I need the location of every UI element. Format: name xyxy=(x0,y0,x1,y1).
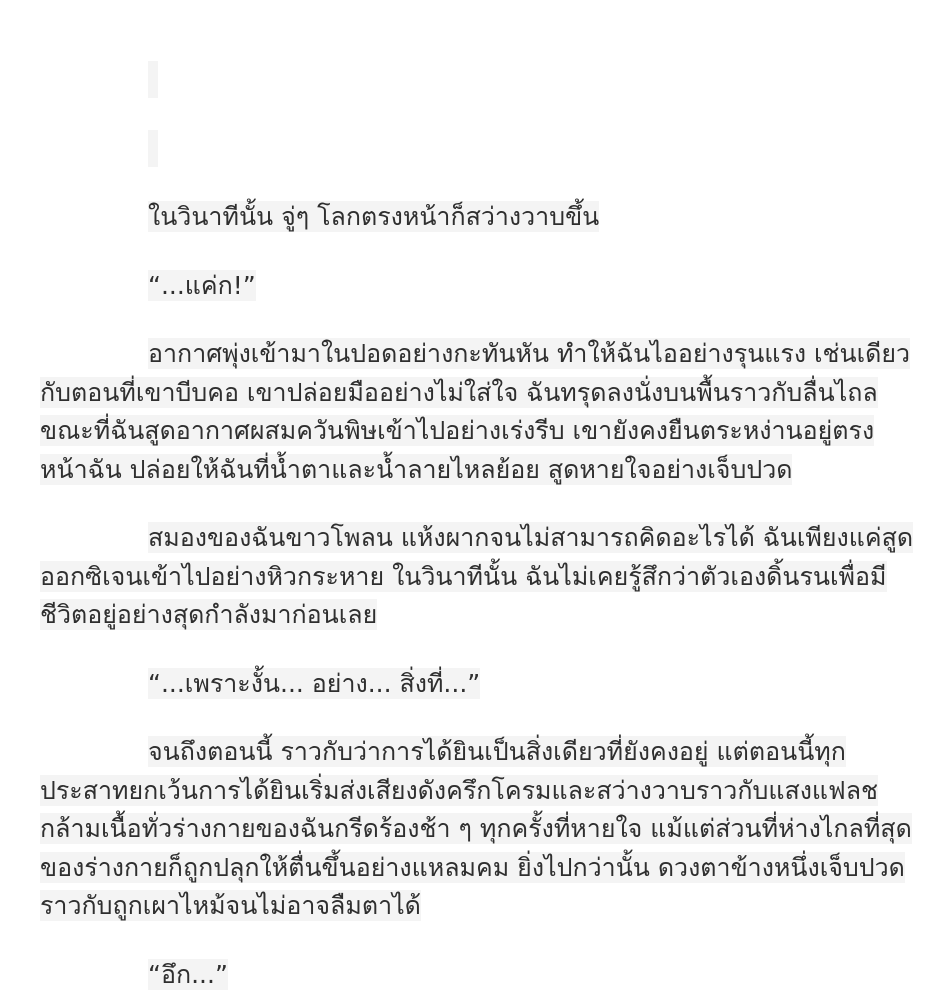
empty-paragraph xyxy=(40,61,915,100)
paragraph: จนถึงตอนนี้ ราวกับว่าการได้ยินเป็นสิ่งเด… xyxy=(40,733,915,926)
paragraph: อากาศพุ่งเข้ามาในปอดอย่างกะทันหัน ทำให้ฉ… xyxy=(40,335,915,489)
paragraph: “อึก...” xyxy=(40,956,915,995)
paragraph: “...แค่ก!” xyxy=(40,267,915,306)
empty-highlight-bar xyxy=(148,61,158,98)
paragraph-text: “อึก...” xyxy=(148,959,228,990)
paragraph-text: ในวินาทีนั้น จู่ๆ โลกตรงหน้าก็สว่างวาบขึ… xyxy=(148,201,599,232)
paragraph: สมองของฉันขาวโพลน แห้งผากจนไม่สามารถคิดอ… xyxy=(40,519,915,635)
paragraph-text: จนถึงตอนนี้ ราวกับว่าการได้ยินเป็นสิ่งเด… xyxy=(40,736,912,921)
paragraph: ในวินาทีนั้น จู่ๆ โลกตรงหน้าก็สว่างวาบขึ… xyxy=(40,198,915,237)
empty-paragraph xyxy=(40,130,915,169)
paragraph-text: “...แค่ก!” xyxy=(148,270,256,301)
paragraph: “...เพราะงั้น... อย่าง... สิ่งที่...” xyxy=(40,665,915,704)
reader-content: ในวินาทีนั้น จู่ๆ โลกตรงหน้าก็สว่างวาบขึ… xyxy=(0,0,950,1000)
empty-highlight-bar xyxy=(148,130,158,167)
paragraph-text: “...เพราะงั้น... อย่าง... สิ่งที่...” xyxy=(148,668,480,699)
paragraph-text: อากาศพุ่งเข้ามาในปอดอย่างกะทันหัน ทำให้ฉ… xyxy=(40,338,910,485)
paragraph-text: สมองของฉันขาวโพลน แห้งผากจนไม่สามารถคิดอ… xyxy=(40,522,913,630)
